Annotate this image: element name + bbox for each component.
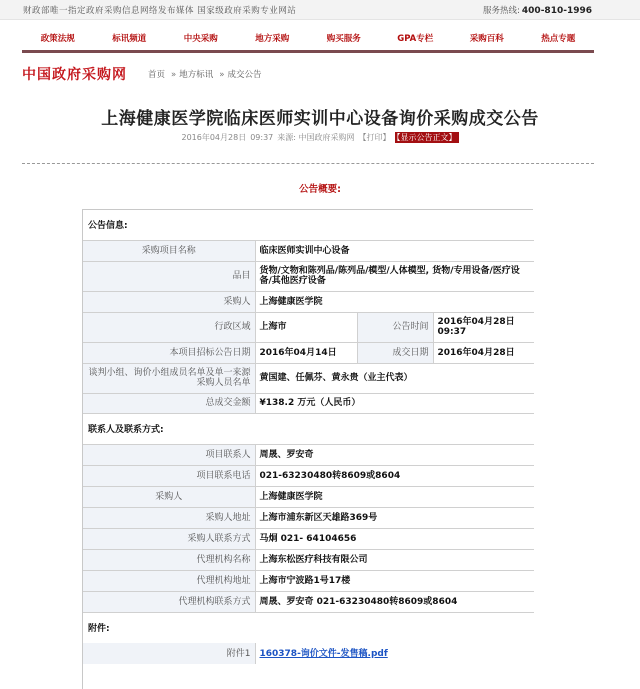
section-attachments-title: 附件:	[83, 612, 534, 643]
breadcrumb: 首页»地方标讯»成交公告	[148, 68, 264, 80]
value-agency-address: 上海市宁波路1号17楼	[255, 570, 534, 591]
nav-item-central[interactable]: 中央采购	[165, 32, 237, 48]
label-project-name: 采购项目名称	[83, 240, 255, 261]
print-link[interactable]: 【打印】	[359, 133, 391, 142]
label-bid-date: 本项目招标公告日期	[83, 342, 255, 363]
nav-divider	[22, 50, 594, 53]
value-purchaser: 上海健康医学院	[255, 291, 534, 312]
label-deal-date: 成交日期	[357, 342, 433, 363]
section-info-title: 公告信息:	[83, 210, 534, 240]
hotline-number: 400-810-1996	[522, 6, 592, 16]
value-bid-date: 2016年04月14日	[255, 342, 357, 363]
nav-item-wiki[interactable]: 采购百科	[451, 32, 523, 48]
value-purchaser-contact: 马炯 021- 64104656	[255, 528, 534, 549]
label-panel: 谈判小组、询价小组成员名单及单一来源采购人员名单	[83, 363, 255, 393]
value-purchaser-address: 上海市浦东新区天雄路369号	[255, 507, 534, 528]
hotline-label: 服务热线:	[483, 6, 520, 16]
label-purchaser-address: 采购人地址	[83, 507, 255, 528]
label-purchaser: 采购人	[83, 291, 255, 312]
publish-time: 09:37	[250, 133, 273, 142]
label-amount: 总成交金额	[83, 393, 255, 413]
label-attachment-1: 附件1	[83, 643, 255, 664]
nav-item-topics[interactable]: 热点专题	[523, 32, 595, 48]
value-announce-time: 2016年04月28日 09:37	[433, 312, 534, 342]
value-agency-name: 上海东松医疗科技有限公司	[255, 549, 534, 570]
top-bar: 财政部唯一指定政府采购信息网络发布媒体 国家级政府采购专业网站 服务热线:400…	[0, 0, 640, 20]
value-category: 货物/文物和陈列品/陈列品/模型/人体模型, 货物/专用设备/医疗设备/其他医疗…	[255, 261, 534, 291]
label-announce-time: 公告时间	[357, 312, 433, 342]
value-agency-contact: 周晟、罗安奇 021-63230480转8609或8604	[255, 591, 534, 612]
breadcrumb-separator: »	[219, 70, 224, 80]
breadcrumb-local-bids[interactable]: 地方标讯	[179, 70, 213, 80]
value-contact-phone: 021-63230480转8609或8604	[255, 465, 534, 486]
section-contact-title: 联系人及联系方式:	[83, 413, 534, 444]
breadcrumb-current: 成交公告	[227, 70, 261, 80]
publish-date: 2016年04月28日	[181, 133, 246, 142]
value-deal-date: 2016年04月28日	[433, 342, 534, 363]
label-contact-person: 项目联系人	[83, 444, 255, 465]
value-project-name: 临床医师实训中心设备	[255, 240, 534, 261]
nav-item-policy[interactable]: 政策法规	[22, 32, 94, 48]
nav-item-services[interactable]: 购买服务	[308, 32, 380, 48]
article-meta: 2016年04月28日09:37来源: 中国政府采购网【打印】【显示公告正文】	[0, 132, 640, 143]
value-amount: ¥138.2 万元（人民币）	[255, 393, 534, 413]
value-panel: 黄国建、任佩芬、黄永贵（业主代表）	[255, 363, 534, 393]
summary-table: 公告信息: 采购项目名称 临床医师实训中心设备 品目 货物/文物和陈列品/陈列品…	[82, 209, 533, 689]
article-source: 来源: 中国政府采购网	[277, 133, 354, 142]
show-full-text-button[interactable]: 【显示公告正文】	[395, 132, 459, 143]
label-agency-address: 代理机构地址	[83, 570, 255, 591]
site-slogan: 财政部唯一指定政府采购信息网络发布媒体 国家级政府采购专业网站	[23, 4, 296, 16]
attachment-cell: 160378-询价文件-发售稿.pdf	[255, 643, 534, 664]
attachment-link-1[interactable]: 160378-询价文件-发售稿.pdf	[260, 649, 388, 659]
label-contact-purchaser: 采购人	[83, 486, 255, 507]
service-hotline: 服务热线:400-810-1996	[483, 4, 592, 16]
label-contact-phone: 项目联系电话	[83, 465, 255, 486]
page-title: 上海健康医学院临床医师实训中心设备询价采购成交公告	[0, 104, 640, 129]
label-purchaser-contact: 采购人联系方式	[83, 528, 255, 549]
nav-item-local[interactable]: 地方采购	[237, 32, 309, 48]
site-logo[interactable]: 中国政府采购网	[22, 64, 127, 84]
label-region: 行政区域	[83, 312, 255, 342]
value-contact-person: 周晟、罗安奇	[255, 444, 534, 465]
breadcrumb-separator: »	[171, 70, 176, 80]
nav-item-bidding[interactable]: 标讯频道	[94, 32, 166, 48]
value-contact-purchaser: 上海健康医学院	[255, 486, 534, 507]
nav-item-gpa[interactable]: GPA专栏	[380, 32, 452, 48]
breadcrumb-home[interactable]: 首页	[148, 70, 165, 80]
label-agency-contact: 代理机构联系方式	[83, 591, 255, 612]
dashed-divider	[22, 163, 594, 164]
summary-heading: 公告概要:	[0, 181, 640, 195]
label-agency-name: 代理机构名称	[83, 549, 255, 570]
main-nav: 政策法规 标讯频道 中央采购 地方采购 购买服务 GPA专栏 采购百科 热点专题	[22, 32, 594, 48]
value-region: 上海市	[255, 312, 357, 342]
label-category: 品目	[83, 261, 255, 291]
